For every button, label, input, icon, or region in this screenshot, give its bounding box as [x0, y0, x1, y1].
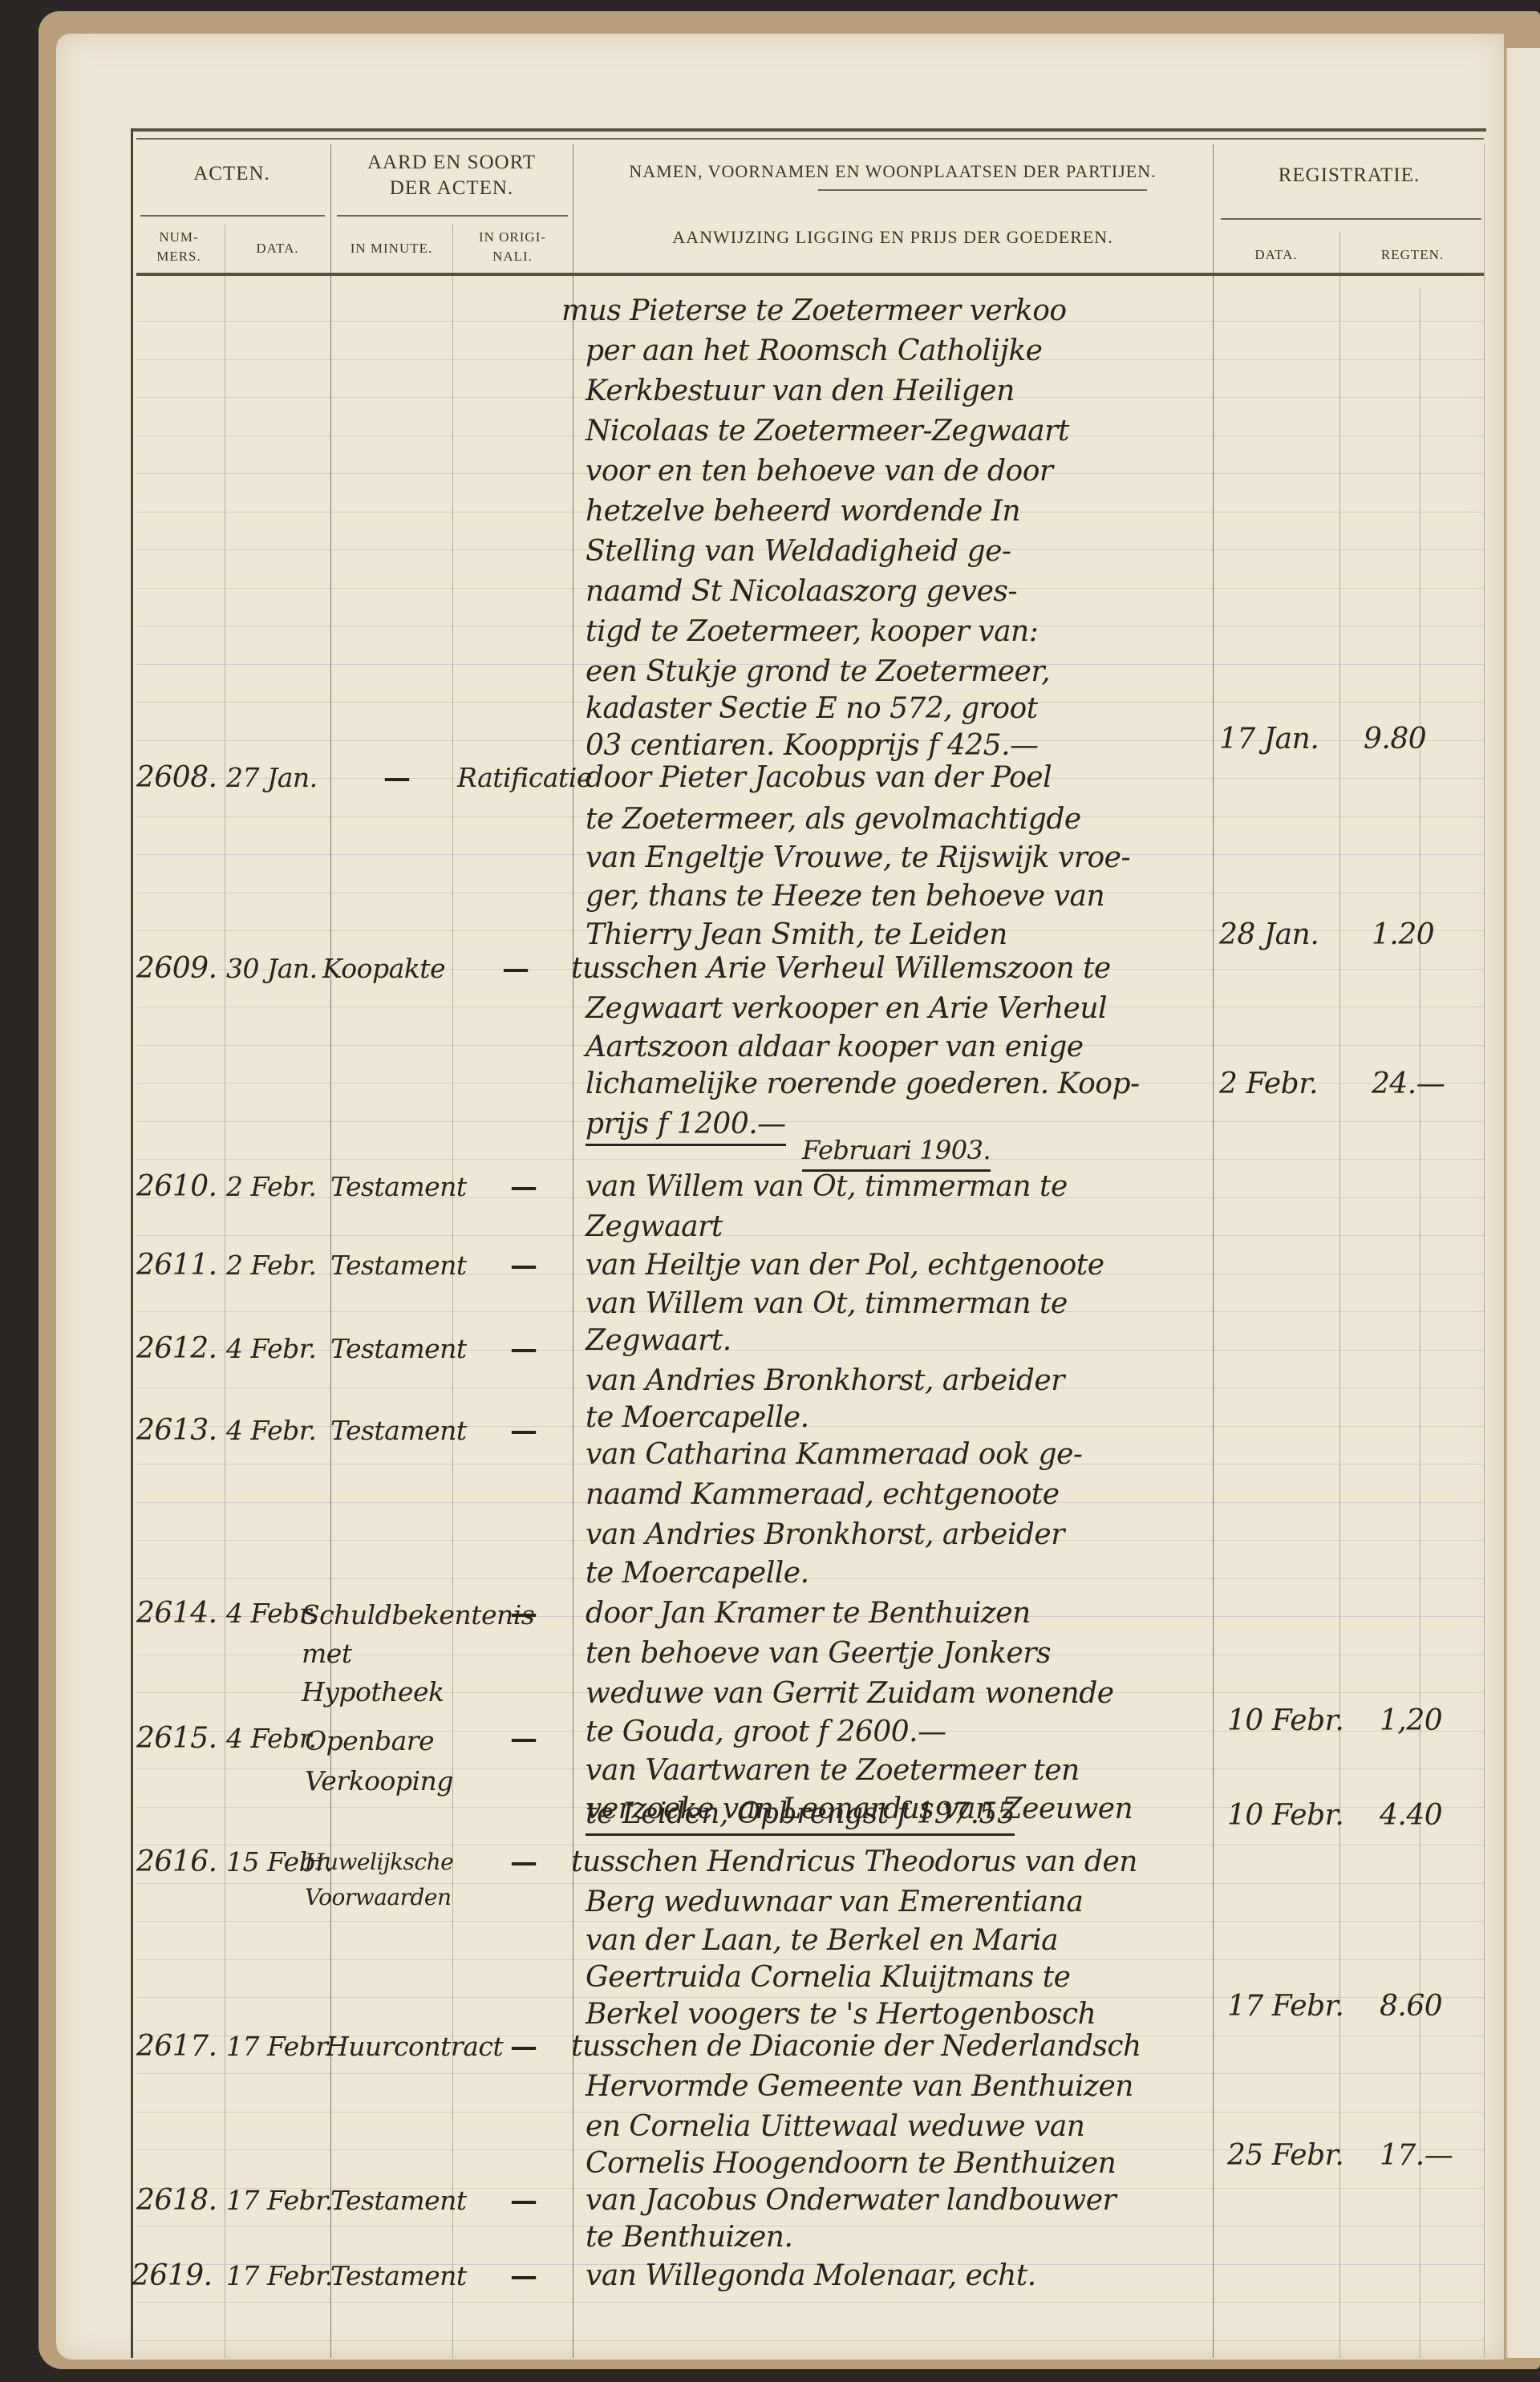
entry-number: 2613.	[136, 1413, 217, 1448]
entry-line: van Heiltje van der Pol, echtgenoote	[586, 1248, 1104, 1283]
aard-brace	[337, 215, 568, 217]
entry-line: Cornelis Hoogendoorn te Benthuizen	[586, 2146, 1116, 2181]
entry-number: 2610.	[136, 1169, 217, 1205]
entry-line: door Jan Kramer te Benthuizen	[586, 1596, 1031, 1631]
entry-line: tusschen Hendricus Theodorus van den	[571, 1845, 1137, 1880]
continuation-line: naamd St Nicolaaszorg geves-	[586, 574, 1017, 610]
entry-date: 30 Jan.	[226, 951, 318, 986]
col-sep-data	[225, 225, 225, 2358]
continuation-line: Kerkbestuur van den Heiligen	[586, 374, 1015, 409]
entry-line: van Engeltje Vrouwe, te Rijswijk vroe-	[586, 841, 1130, 876]
entry-origineel: —	[510, 1169, 537, 1205]
entry-line: te Zoetermeer, als gevolmachtigde	[586, 802, 1081, 837]
continuation-line: 03 centiaren. Koopprijs f 425.—	[586, 728, 1039, 764]
entry-line: te Moercapelle.	[586, 1556, 809, 1591]
registratie-brace	[1221, 218, 1481, 220]
entry-origineel: —	[510, 1248, 537, 1283]
entry-date: 27 Jan.	[226, 760, 318, 796]
entry-line: en Cornelia Uittewaal weduwe van	[586, 2109, 1084, 2145]
registration-fee: 8.60	[1380, 1989, 1442, 2024]
entry-origineel: —	[510, 1596, 537, 1631]
entry-date: 2 Febr.	[226, 1169, 316, 1205]
entry-number: 2617.	[136, 2029, 217, 2064]
entry-date: 17 Febr.	[226, 2258, 333, 2294]
right-border	[1484, 144, 1485, 2358]
ruled-line	[136, 1121, 1484, 1122]
col-sep-regten	[1339, 233, 1340, 2358]
col-sep-cents	[1420, 289, 1420, 2358]
ruled-line	[136, 2302, 1484, 2303]
entry-date: 17 Febr.	[226, 2183, 333, 2218]
entry-minute: Testament	[330, 2258, 467, 2294]
ruled-line	[136, 1921, 1484, 1922]
entry-line: van Andries Bronkhorst, arbeider	[586, 1517, 1064, 1553]
registration-date: 25 Febr.	[1227, 2138, 1343, 2173]
entry-line: van Jacobus Onderwater landbouwer	[586, 2183, 1116, 2218]
registration-fee: 4.40	[1380, 1798, 1442, 1833]
header-acten: ACTEN.	[133, 162, 330, 186]
entry-number: 2619.	[132, 2258, 213, 2294]
col-sep-namen	[573, 144, 573, 2358]
continuation-line: een Stukje grond te Zoetermeer,	[586, 654, 1050, 690]
entry-origineel: —	[510, 1331, 537, 1367]
entry-line: te Leiden, Opbrengst f 197.55	[586, 1797, 1015, 1836]
header-reg-data: DATA.	[1213, 245, 1339, 265]
continuation-line: kadaster Sectie E no 572, groot	[586, 691, 1038, 727]
entry-line: Berkel voogers te 's Hertogenbosch	[586, 1997, 1096, 2032]
entry-line: tusschen Arie Verheul Willemszoon te	[571, 951, 1111, 986]
header-in-minute: IN MINUTE.	[330, 239, 452, 258]
entry-line: te Gouda, groot f 2600.—	[586, 1715, 946, 1750]
entry-line: van der Laan, te Berkel en Maria	[586, 1923, 1058, 1959]
entry-origineel: —	[510, 1721, 537, 1756]
entry-minute: Testament	[330, 1413, 467, 1448]
entry-minute: Testament	[330, 1169, 467, 1205]
entry-date: 4 Febr.	[226, 1331, 316, 1367]
entry-line: Zegwaart	[586, 1209, 723, 1245]
continuation-line: hetzelve beheerd wordende In	[586, 494, 1020, 529]
registration-date: 2 Febr.	[1219, 1067, 1318, 1102]
entry-origineel: —	[502, 951, 529, 986]
header-aanwijzing: AANWIJZING LIGGING EN PRIJS DER GOEDEREN…	[573, 226, 1213, 249]
entry-minute: Huurcontract	[326, 2029, 503, 2064]
entry-line: van Andries Bronkhorst, arbeider	[586, 1363, 1064, 1399]
entry-origineel: —	[510, 1845, 537, 1880]
entry-line: van Vaartwaren te Zoetermeer ten	[586, 1753, 1080, 1789]
entry-line: ger, thans te Heeze ten behoeve van	[586, 879, 1104, 914]
continuation-line: voor en ten behoeve van de door	[586, 454, 1053, 489]
top-border-inner	[136, 138, 1484, 140]
entry-line: Berg weduwnaar van Emerentiana	[586, 1885, 1083, 1920]
header-aard-2: DER ACTEN.	[330, 176, 573, 201]
entry-line: Aartszoon aldaar kooper van enige	[586, 1030, 1084, 1065]
entry-line: door Pieter Jacobus van der Poel	[586, 760, 1052, 796]
entry-minute: Koopakte	[322, 951, 445, 986]
entry-line: weduwe van Gerrit Zuidam wonende	[586, 1676, 1114, 1712]
entry-date: 4 Febr.	[226, 1721, 316, 1756]
namen-rule	[818, 189, 1147, 191]
ruled-line	[136, 1578, 1484, 1579]
registration-date: 17 Febr.	[1227, 1989, 1343, 2024]
entry-number: 2614.	[136, 1596, 217, 1631]
header-regten: REGTEN.	[1339, 245, 1485, 265]
registration-fee: 1,20	[1380, 1703, 1442, 1739]
header-nummers-2: MERS.	[133, 247, 225, 266]
entry-line: naamd Kammeraad, echtgenoote	[586, 1477, 1060, 1513]
continuation-line: Stelling van Weldadigheid ge-	[586, 534, 1011, 569]
registration-date: 17 Jan.	[1219, 722, 1319, 757]
ruled-line	[136, 2226, 1484, 2226]
entry-line: te Moercapelle.	[586, 1400, 809, 1436]
header-registratie: REGISTRATIE.	[1213, 164, 1485, 188]
entry-origineel: —	[510, 2029, 537, 2064]
entry-line: lichamelijke roerende goederen. Koop-	[586, 1067, 1140, 1102]
entry-minute: —	[383, 760, 411, 796]
acten-brace	[140, 215, 325, 217]
entry-line: tusschen de Diaconie der Nederlandsch	[571, 2029, 1141, 2064]
continuation-line: tigd te Zoetermeer, kooper van:	[586, 614, 1038, 650]
continuation-line: per aan het Roomsch Catholijke	[586, 334, 1042, 369]
header-data: DATA.	[225, 239, 330, 258]
registration-date: 10 Febr.	[1227, 1703, 1343, 1739]
entry-number: 2609.	[136, 951, 217, 986]
entry-origineel: —	[510, 1413, 537, 1448]
continuation-line: mus Pieterse te Zoetermeer verkoo	[561, 294, 1067, 329]
entry-line: Hervormde Gemeente van Benthuizen	[586, 2069, 1133, 2105]
entry-minute: Schuldbekentenis met Hypotheek	[302, 1596, 462, 1712]
header-in-origi-2: NALI.	[452, 247, 573, 266]
entry-line: van Catharina Kammeraad ook ge-	[586, 1437, 1083, 1473]
entry-line: ten behoeve van Geertje Jonkers	[586, 1636, 1051, 1671]
entry-date: 2 Febr.	[226, 1248, 316, 1283]
registration-date: 28 Jan.	[1219, 918, 1319, 953]
entry-line: Zegwaart verkooper en Arie Verheul	[586, 991, 1107, 1027]
ruled-line	[136, 1235, 1484, 1236]
entry-line: Geertruida Cornelia Kluijtmans te	[586, 1960, 1070, 1995]
registration-fee: 1.20	[1372, 918, 1434, 953]
header-nummers-1: NUM-	[133, 228, 225, 247]
entry-line: van Willegonda Molenaar, echt.	[586, 2258, 1036, 2294]
entry-line: Zegwaart.	[586, 1323, 731, 1359]
entry-number: 2611.	[136, 1248, 217, 1283]
entry-date: 17 Febr.	[226, 2029, 333, 2064]
registration-fee: 9.80	[1364, 722, 1426, 757]
registration-date: 10 Febr.	[1227, 1798, 1343, 1833]
ruled-line	[136, 2340, 1484, 2341]
continuation-line: Nicolaas te Zoetermeer-Zegwaart	[586, 414, 1069, 449]
registration-fee: 24.—	[1372, 1067, 1445, 1102]
entry-number: 2618.	[136, 2183, 217, 2218]
header-in-origi-1: IN ORIGI-	[452, 228, 573, 247]
entry-minute: Testament	[330, 2183, 467, 2218]
next-page-edge	[1506, 48, 1540, 2358]
entry-number: 2616.	[136, 1845, 217, 1880]
header-bottom-rule	[136, 273, 1484, 276]
entry-line: prijs f 1200.—	[586, 1107, 786, 1146]
header-aard-1: AARD EN SOORT	[330, 151, 573, 175]
entry-line: van Willem van Ot, timmerman te	[586, 1286, 1068, 1322]
entry-origineel: —	[510, 2258, 537, 2294]
left-border	[131, 128, 133, 2358]
entry-date: 4 Febr.	[226, 1413, 316, 1448]
entry-minute: Testament	[330, 1248, 467, 1283]
entry-number: 2612.	[136, 1331, 217, 1367]
top-border	[131, 128, 1486, 132]
section-heading-month: Februari 1903.	[802, 1132, 991, 1172]
registration-fee: 17.—	[1380, 2138, 1453, 2173]
header-namen: NAMEN, VOORNAMEN EN WOONPLAATSEN DER PAR…	[573, 160, 1213, 183]
entry-number: 2615.	[136, 1721, 217, 1756]
entry-origineel: —	[510, 2183, 537, 2218]
entry-line: van Willem van Ot, timmerman te	[586, 1169, 1068, 1205]
entry-line: te Benthuizen.	[586, 2220, 792, 2255]
entry-minute: Openbare Verkooping	[305, 1721, 465, 1801]
entry-number: 2608.	[136, 760, 217, 796]
entry-origineel: Ratificatie	[457, 760, 592, 796]
entry-minute: Huwelijksche Voorwaarden	[305, 1845, 465, 1915]
entry-line: Thierry Jean Smith, te Leiden	[586, 918, 1007, 953]
entry-minute: Testament	[330, 1331, 467, 1367]
col-sep-registratie	[1213, 144, 1214, 2358]
